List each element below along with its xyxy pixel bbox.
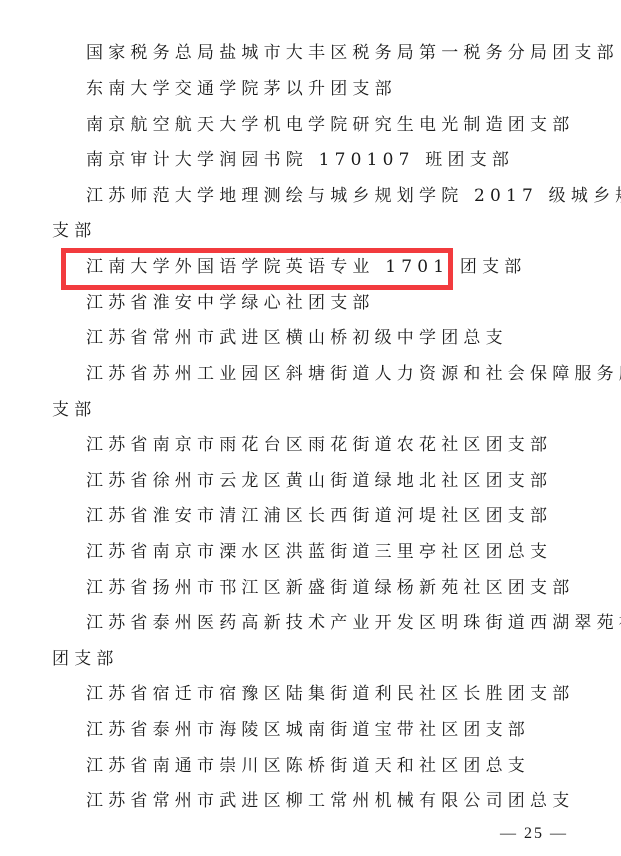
list-item: 江苏省淮安中学绿心社团支部 <box>86 292 616 314</box>
list-item: 南京航空航天大学机电学院研究生电光制造团支部 <box>86 114 616 136</box>
list-item: 江苏省宿迁市宿豫区陆集街道利民社区长胜团支部 <box>86 683 616 705</box>
list-item: 江苏省扬州市邗江区新盛街道绿杨新苑社区团支部 <box>86 577 616 599</box>
list-item: 国家税务总局盐城市大丰区税务局第一税务分局团支部 <box>86 42 616 64</box>
list-item: 江苏师范大学地理测绘与城乡规划学院 2017 级城乡规划团 <box>86 185 616 207</box>
list-item: 团支部 <box>52 648 582 670</box>
highlight-box <box>61 248 453 290</box>
list-item: 江苏省常州市武进区横山桥初级中学团总支 <box>86 327 616 349</box>
list-item: 江苏省徐州市云龙区黄山街道绿地北社区团支部 <box>86 470 616 492</box>
list-item: 江苏省南京市溧水区洪蓝街道三里亭社区团总支 <box>86 541 616 563</box>
list-item: 江苏省泰州市海陵区城南街道宝带社区团支部 <box>86 719 616 741</box>
list-item: 东南大学交通学院茅以升团支部 <box>86 78 616 100</box>
list-item: 南京审计大学润园书院 170107 班团支部 <box>86 149 616 171</box>
list-item: 江苏省淮安市清江浦区长西街道河堤社区团支部 <box>86 505 616 527</box>
list-item: 支部 <box>52 399 582 421</box>
list-item: 江苏省苏州工业园区斜塘街道人力资源和社会保障服务所团 <box>86 363 616 385</box>
document-page: 国家税务总局盐城市大丰区税务局第一税务分局团支部东南大学交通学院茅以升团支部南京… <box>0 0 621 856</box>
list-item: 江苏省南通市崇川区陈桥街道天和社区团总支 <box>86 755 616 777</box>
list-item: 江苏省泰州医药高新技术产业开发区明珠街道西湖翠苑社区 <box>86 612 616 634</box>
list-item: 江苏省南京市雨花台区雨花街道农花社区团支部 <box>86 434 616 456</box>
page-number: — 25 — <box>500 825 568 843</box>
list-item: 江苏省常州市武进区柳工常州机械有限公司团总支 <box>86 790 616 812</box>
list-item: 支部 <box>52 220 582 242</box>
